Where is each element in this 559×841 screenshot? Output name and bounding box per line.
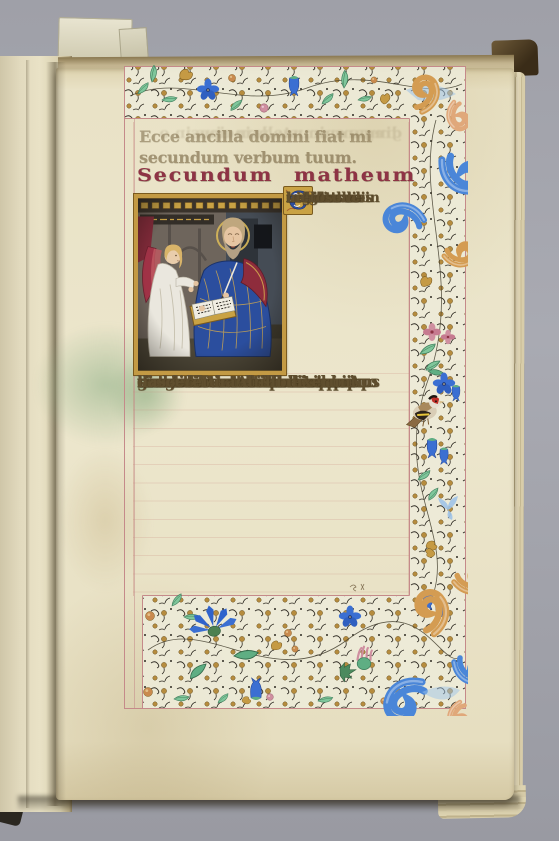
rubric-line: Secundum matheum [137, 166, 416, 186]
photo-backdrop: dimus enim stellam eius in o gregans omn… [0, 0, 559, 841]
intro-line: Ecce ancilla domini fiat mi [139, 126, 401, 147]
miniature-scene [138, 198, 282, 371]
miniature [134, 194, 286, 375]
column-line: hierosoli [286, 190, 351, 207]
intro-line: secundum verbum tuum. [139, 147, 401, 168]
body-line: nasceretur. At illi dixerunt [137, 373, 357, 391]
